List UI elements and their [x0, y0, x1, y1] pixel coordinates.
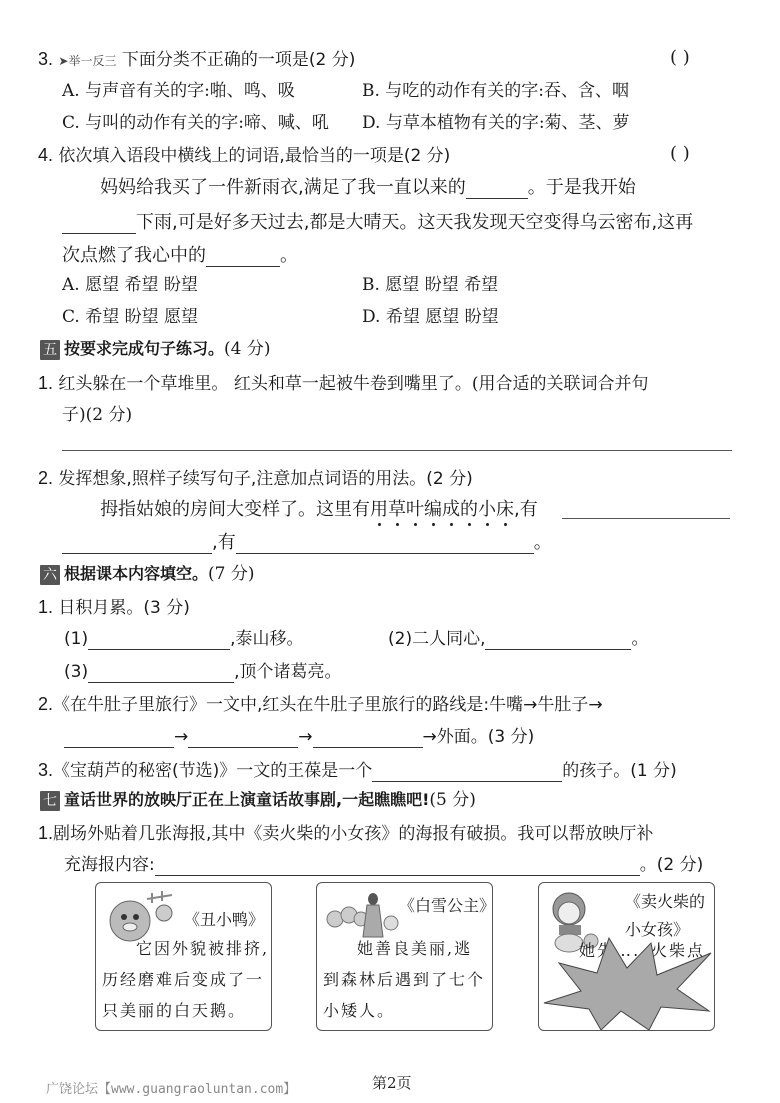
q3-option-b: B. 与吃的动作有关的字:吞、含、咽	[362, 80, 629, 102]
s7-q1-line-2: 充海报内容:。(2 分)	[64, 854, 703, 876]
example-text: 拇指姑娘的房间大变样了。这里有	[100, 499, 370, 520]
s6-q1-item-3: (3),顶个诸葛亮。	[64, 661, 342, 683]
example-text: 。	[534, 532, 552, 553]
section-score: (4 分)	[224, 339, 270, 359]
dotted-char: 叶	[406, 499, 424, 520]
q3-option-d: D. 与草本植物有关的字:菊、茎、萝	[362, 112, 630, 134]
section-5-title: 按要求完成句子练习。	[64, 339, 224, 358]
poster-text-line: 她善良美丽,逃	[357, 933, 472, 965]
passage-text: 下雨,可是好多天过去,都是大晴天。这天我发现天空变得乌云密布,这再	[136, 212, 693, 233]
tag-juyifansan: ➤举一反三	[58, 54, 116, 68]
question-text: 的孩子。(1 分)	[562, 761, 676, 781]
question-text: 《宝葫芦的秘密(节选)》一文的王葆是一个	[53, 761, 372, 781]
q4-option-a: A. 愿望 希望 盼望	[62, 274, 198, 296]
blank-3[interactable]	[206, 248, 280, 267]
question-number: 3.	[38, 49, 53, 69]
section-score: (5 分)	[429, 790, 475, 810]
q3-option-a: A. 与声音有关的字:啪、鸣、吸	[62, 80, 295, 102]
question-text: 日积月累。(3 分)	[58, 598, 189, 618]
item-text: ,顶个诸葛亮。	[234, 662, 341, 682]
s5-q2-blank-1[interactable]	[562, 518, 730, 519]
dotted-char: 小	[478, 499, 496, 520]
route-blank-2[interactable]	[188, 729, 298, 748]
q3-answer-paren[interactable]: ( )	[670, 47, 690, 68]
item-text: 。	[631, 629, 648, 649]
poster-title: 《白雪公主》	[399, 893, 492, 916]
s6-q3-blank[interactable]	[372, 763, 562, 782]
section-7-header: 七童话世界的放映厅正在上演童话故事剧,一起瞧瞧吧!(5 分)	[40, 789, 476, 811]
question-text: 充海报内容:	[64, 855, 155, 875]
poster-title: 《丑小鸭》	[184, 907, 264, 930]
s6-q1-item-1: (1),泰山移。	[64, 628, 304, 650]
q4-passage-line-1: 妈妈给我买了一件新雨衣,满足了我一直以来的。于是我开始	[100, 177, 636, 199]
poster-text-line: 历经磨难后变成了一	[102, 964, 264, 996]
blank[interactable]	[88, 664, 234, 683]
s5-q2-line: 2. 发挥想象,照样子续写句子,注意加点词语的用法。(2 分)	[38, 467, 473, 490]
poster-ugly-duckling: 《丑小鸭》 它因外貌被排挤, 历经磨难后变成了一 只美丽的白天鹅。	[95, 882, 272, 1031]
poster-text-line: 小矮人。	[323, 995, 395, 1027]
question-number: 2.	[38, 694, 53, 714]
dotted-char: 床	[496, 499, 514, 520]
q4-option-c: C. 希望 盼望 愿望	[62, 306, 198, 328]
s5-q2-blank-2[interactable]	[62, 535, 212, 554]
q3-stem-line: 3. ➤举一反三 下面分类不正确的一项是(2 分)	[38, 48, 355, 72]
passage-text: 。	[280, 245, 298, 266]
arrow: →	[298, 727, 312, 747]
item-label: (1)	[64, 629, 88, 649]
blank[interactable]	[485, 631, 631, 650]
question-text: 发挥想象,照样子续写句子,注意加点词语的用法。(2 分)	[58, 469, 472, 489]
section-7-title: 童话世界的放映厅正在上演童话故事剧,一起瞧瞧吧!	[64, 790, 429, 809]
question-number: 4.	[38, 145, 53, 165]
poster-text-line: 它因外貌被排挤,	[136, 933, 269, 965]
blank-2[interactable]	[62, 215, 136, 234]
example-text: ,有	[514, 499, 538, 520]
item-text: ,泰山移。	[230, 629, 303, 649]
poster-title: 《卖火柴的	[625, 889, 705, 912]
poster-little-match-girl: 《卖火柴的 小女孩》 她先……火柴点燃	[538, 882, 715, 1031]
item-label: (2)二人同心,	[388, 629, 485, 649]
dotted-char: 的	[460, 499, 478, 520]
poster-text-line: 到森林后遇到了七个	[323, 964, 485, 996]
section-badge-6: 六	[40, 565, 60, 585]
passage-text: 次点燃了我心中的	[62, 245, 206, 266]
s5-q2-line-2: ,有。	[62, 532, 552, 554]
s6-q2-line: 2.《在牛肚子里旅行》一文中,红头在牛肚子里旅行的路线是:牛嘴→牛肚子→	[38, 693, 603, 716]
section-badge-7: 七	[40, 791, 60, 811]
s5-q2-blank-3[interactable]	[236, 535, 534, 554]
blank-1[interactable]	[466, 180, 528, 199]
question-text: 《在牛肚子里旅行》一文中,红头在牛肚子里旅行的路线是:牛嘴→牛肚子→	[53, 695, 603, 715]
passage-text: 。于是我开始	[528, 177, 636, 198]
s6-q1-item-2: (2)二人同心,。	[388, 628, 648, 650]
poster-text-line: 只美丽的白天鹅。	[102, 995, 246, 1027]
q3-option-c: C. 与叫的动作有关的字:啼、喊、吼	[62, 112, 329, 134]
page-number: 第2页	[372, 1072, 412, 1093]
s5-q1-answer-line[interactable]	[62, 450, 732, 451]
section-badge-5: 五	[40, 340, 60, 360]
s7-q1-line: 1.剧场外贴着几张海报,其中《卖火柴的小女孩》的海报有破损。我可以帮放映厅补	[38, 822, 653, 845]
question-text: 剧场外贴着几张海报,其中《卖火柴的小女孩》的海报有破损。我可以帮放映厅补	[53, 824, 653, 844]
s7-q1-blank[interactable]	[155, 857, 640, 876]
section-6-title: 根据课本内容填空。	[64, 564, 208, 583]
s5-q1-hint-cont: 子)(2 分)	[62, 404, 132, 426]
question-number: 3.	[38, 760, 53, 780]
s6-q1-line: 1. 日积月累。(3 分)	[38, 596, 190, 619]
question-number: 2.	[38, 468, 53, 488]
torn-damage-starburst-icon	[539, 933, 714, 1030]
route-blank-1[interactable]	[64, 729, 174, 748]
dotted-char: 编	[424, 499, 442, 520]
question-text: 红头躲在一个草堆里。 红头和草一起被牛卷到嘴里了。	[58, 374, 471, 394]
dotted-char: 成	[442, 499, 460, 520]
section-6-header: 六根据课本内容填空。(7 分)	[40, 563, 255, 585]
q4-passage-line-2: 下雨,可是好多天过去,都是大晴天。这天我发现天空变得乌云密布,这再	[62, 212, 693, 234]
watermark: 广饶论坛【www.guangraoluntan.com】	[46, 1078, 296, 1097]
question-hint: (用合适的关联词合并句	[472, 374, 649, 394]
q4-stem-line: 4. 依次填入语段中横线上的词语,最恰当的一项是(2 分)	[38, 144, 450, 167]
s5-q2-example-line: 拇指姑娘的房间大变样了。这里有用草叶编成的小床,有	[100, 499, 538, 521]
s6-q2-line-2: →→→外面。(3 分)	[64, 726, 534, 748]
q4-answer-paren[interactable]: ( )	[670, 143, 690, 164]
s6-q3-line: 3.《宝葫芦的秘密(节选)》一文的王葆是一个的孩子。(1 分)	[38, 759, 677, 782]
q3-stem: 下面分类不正确的一项是(2 分)	[122, 50, 355, 70]
q4-option-b: B. 愿望 盼望 希望	[362, 274, 498, 296]
dotted-char: 草	[388, 499, 406, 520]
arrow: →	[174, 727, 188, 747]
question-number: 1.	[38, 373, 53, 393]
section-5-header: 五按要求完成句子练习。(4 分)	[40, 338, 271, 360]
poster-snow-white: 《白雪公主》 她善良美丽,逃 到森林后遇到了七个 小矮人。	[316, 882, 493, 1031]
item-label: (3)	[64, 662, 88, 682]
question-text: 。(2 分)	[640, 855, 703, 875]
blank[interactable]	[88, 631, 230, 650]
example-text: ,有	[212, 532, 236, 553]
question-text: →外面。(3 分)	[423, 727, 535, 747]
question-number: 1.	[38, 823, 53, 843]
route-blank-3[interactable]	[313, 729, 423, 748]
section-score: (7 分)	[208, 564, 254, 584]
dotted-char: 用	[370, 499, 388, 520]
q4-option-d: D. 希望 愿望 盼望	[362, 306, 499, 328]
q4-passage-line-3: 次点燃了我心中的。	[62, 245, 298, 267]
question-number: 1.	[38, 597, 53, 617]
passage-text: 妈妈给我买了一件新雨衣,满足了我一直以来的	[100, 177, 466, 198]
q4-stem: 依次填入语段中横线上的词语,最恰当的一项是(2 分)	[58, 146, 450, 166]
s5-q1-line: 1. 红头躲在一个草堆里。 红头和草一起被牛卷到嘴里了。(用合适的关联词合并句	[38, 372, 648, 395]
